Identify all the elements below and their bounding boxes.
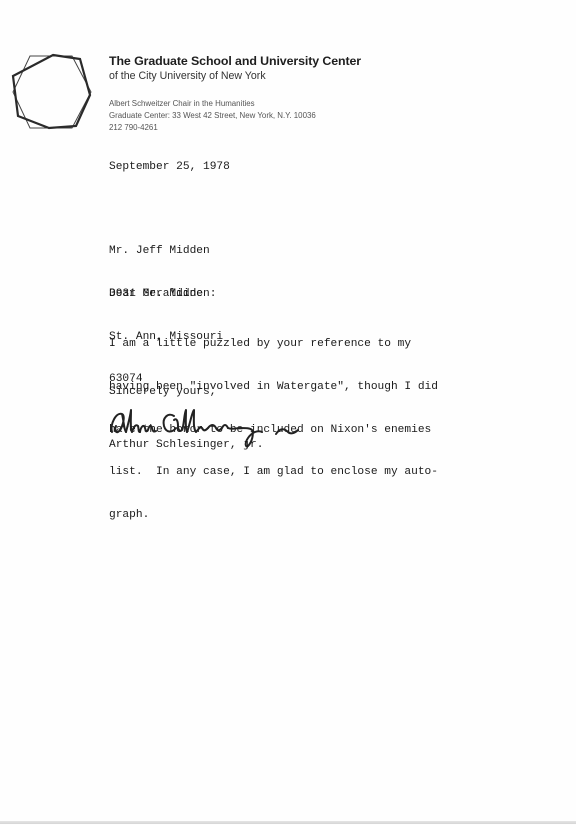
institution-name: The Graduate School and University Cente…	[109, 54, 361, 68]
institution-address: Graduate Center: 33 West 42 Street, New …	[109, 111, 316, 120]
closing: Sincerely yours,	[109, 385, 216, 399]
recipient-name: Mr. Jeff Midden	[109, 244, 223, 258]
double-hexagon-logo-icon	[10, 50, 94, 134]
institution-subtitle: of the City University of New York	[109, 70, 266, 82]
signer-name: Arthur Schlesinger, jr.	[109, 438, 263, 452]
letter-page: The Graduate School and University Cente…	[0, 0, 576, 825]
body-line: graph.	[109, 508, 438, 522]
body-line: list. In any case, I am glad to enclose …	[109, 465, 438, 479]
body-line: I am a little puzzled by your reference …	[109, 337, 438, 351]
letter-date: September 25, 1978	[109, 160, 230, 174]
department-name: Albert Schweitzer Chair in the Humanitie…	[109, 99, 255, 108]
salutation: Dear Mr. Midden:	[109, 287, 216, 301]
institution-phone: 212 790-4261	[109, 123, 158, 132]
page-bottom-edge	[0, 821, 576, 824]
